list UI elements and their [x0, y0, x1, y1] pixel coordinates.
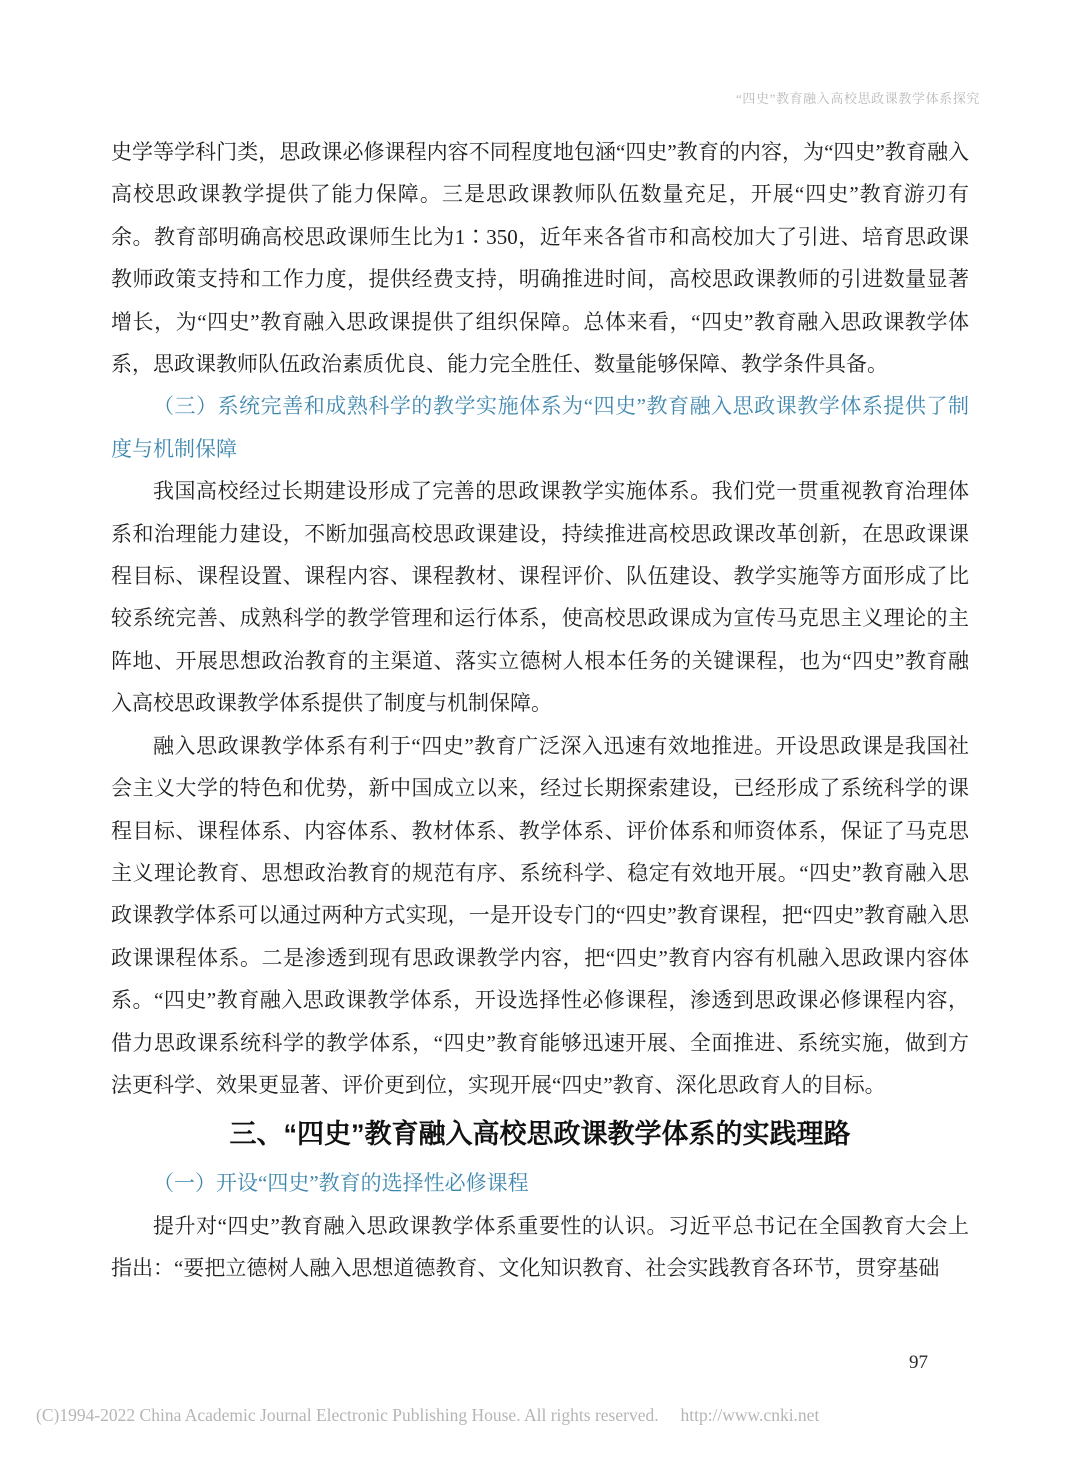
section-three-heading: 三、“四史”教育融入高校思政课教学体系的实践理路	[111, 1106, 969, 1162]
paragraph-understanding: 提升对“四史”教育融入思政课教学体系重要性的认识。习近平总书记在全国教育大会上指…	[111, 1205, 969, 1290]
copyright-footer: (C)1994-2022 China Academic Journal Elec…	[36, 1402, 819, 1427]
journal-page: “四史”教育融入高校思政课教学体系探究 史学等学科门类，思政课必修课程内容不同程…	[0, 0, 1080, 1465]
article-body: 史学等学科门类，思政课必修课程内容不同程度地包涵“四史”教育的内容，为“四史”教…	[111, 131, 969, 1290]
paragraph-continued: 史学等学科门类，思政课必修课程内容不同程度地包涵“四史”教育的内容，为“四史”教…	[111, 131, 969, 385]
paragraph-implementation-system: 我国高校经过长期建设形成了完善的思政课教学实施体系。我们党一贯重视教育治理体系和…	[111, 470, 969, 724]
page-number: 97	[909, 1352, 928, 1374]
subheading-three: （三）系统完善和成熟科学的教学实施体系为“四史”教育融入思政课教学体系提供了制度…	[111, 385, 969, 470]
subheading-one: （一）开设“四史”教育的选择性必修课程	[111, 1162, 969, 1204]
running-header: “四史”教育融入高校思政课教学体系探究	[736, 88, 980, 107]
paragraph-two-ways: 融入思政课教学体系有利于“四史”教育广泛深入迅速有效地推进。开设思政课是我国社会…	[111, 725, 969, 1107]
